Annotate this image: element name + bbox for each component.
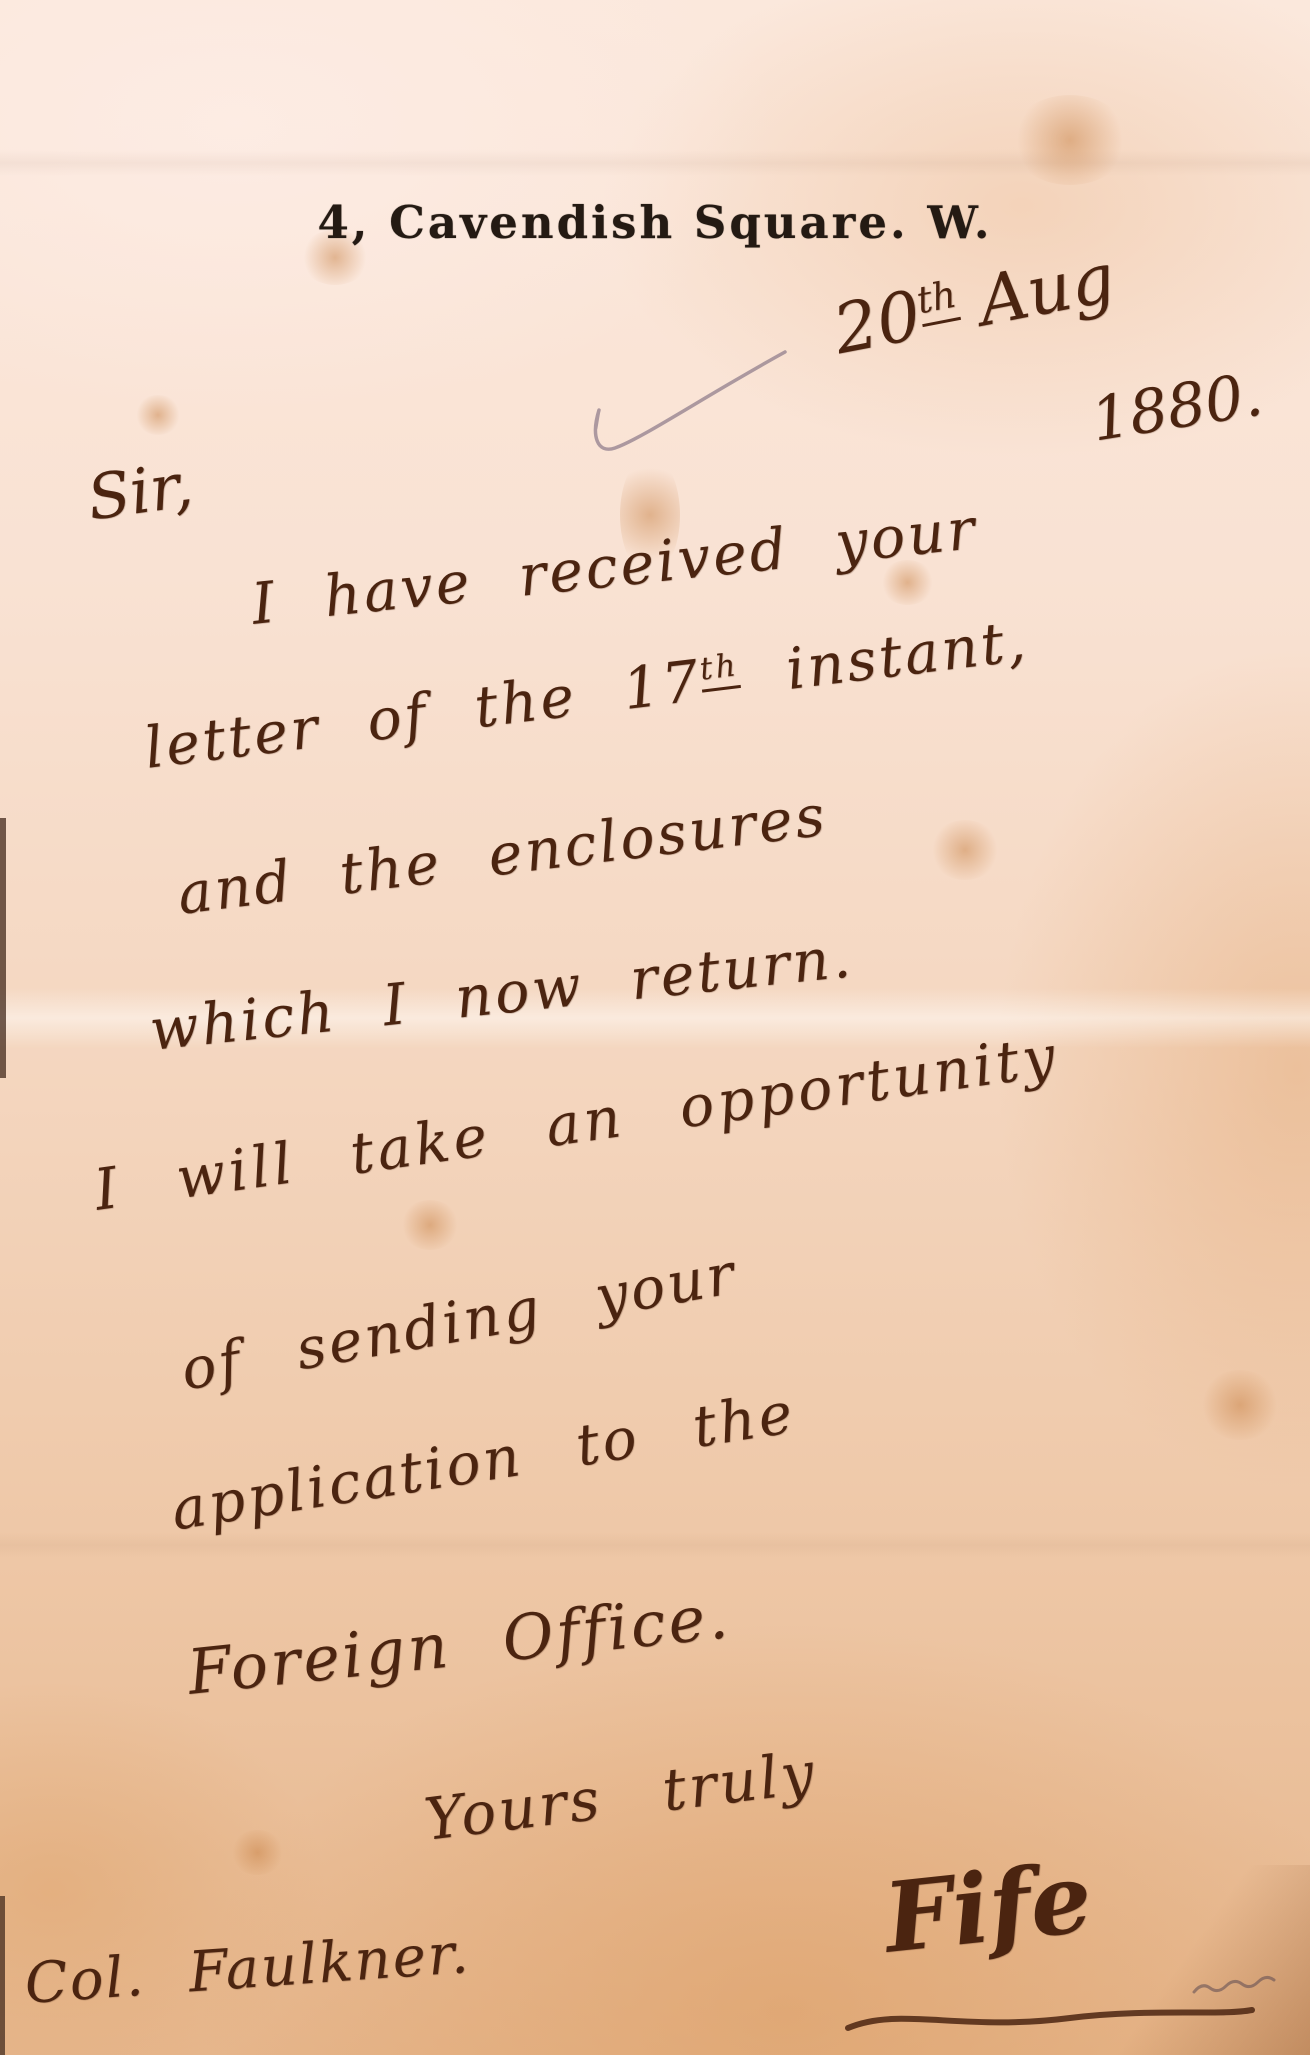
body-line-2-ordinal: th — [698, 647, 742, 692]
date-day: 20 — [827, 276, 927, 370]
salutation: Sir, — [83, 448, 197, 535]
page-corner-shadow — [1090, 1865, 1310, 2055]
scan-edge-artifact — [0, 818, 6, 1078]
letterhead-address: 4, Cavendish Square. W. — [0, 196, 1310, 249]
signature: Fife — [879, 1841, 1097, 1975]
scan-edge-artifact — [0, 1896, 5, 2055]
